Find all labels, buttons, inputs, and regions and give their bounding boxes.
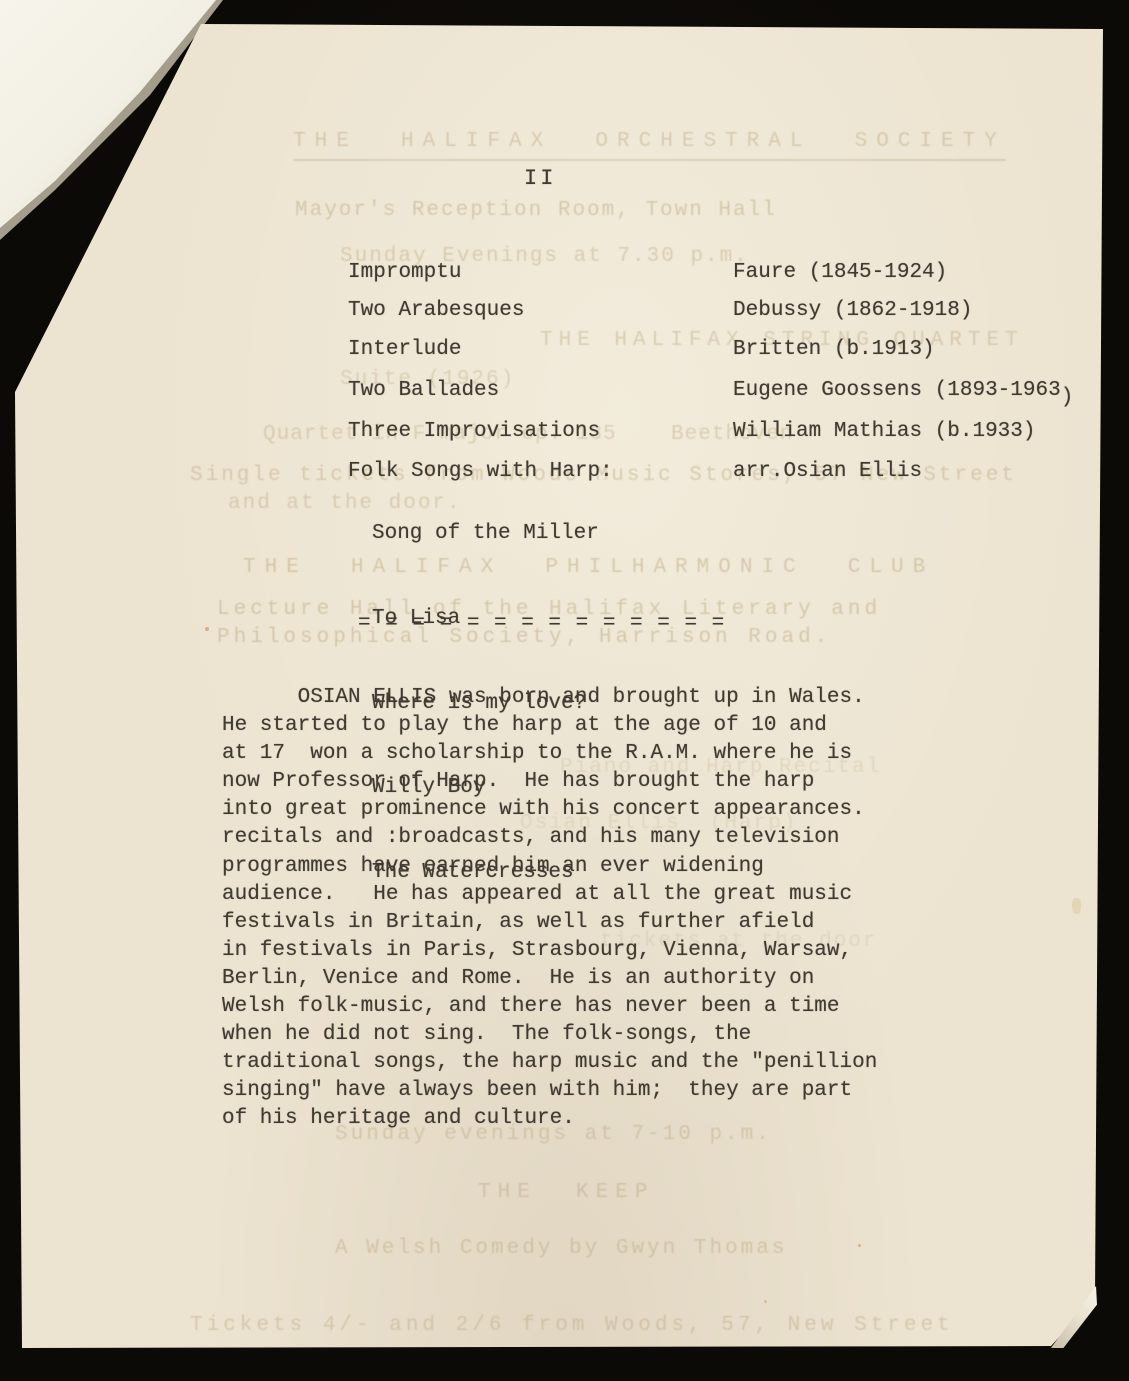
list-item: Song of the Miller	[372, 520, 599, 548]
typewritten-content: II ImpromptuFaure (1845-1924) Two Arabes…	[0, 0, 1129, 1381]
arranger-name: arr.Osian Ellis	[733, 460, 922, 483]
paper-speck	[205, 627, 209, 631]
paper-speck	[764, 1300, 767, 1303]
paper-speck	[858, 1244, 861, 1247]
section-number: II	[524, 166, 556, 191]
separator-line: = = = = = = = = = = = = = =	[358, 612, 725, 635]
programme-page: THE HALIFAX ORCHESTRAL SOCIETYMayor's Re…	[0, 0, 1129, 1381]
biography-paragraph: OSIAN ELLIS was born and brought up in W…	[222, 684, 877, 1134]
composer-suffix-dropped-paren: )	[1061, 386, 1074, 409]
photo-background: THE HALIFAX ORCHESTRAL SOCIETYMayor's Re…	[0, 0, 1129, 1381]
paper-stain	[1072, 898, 1081, 914]
